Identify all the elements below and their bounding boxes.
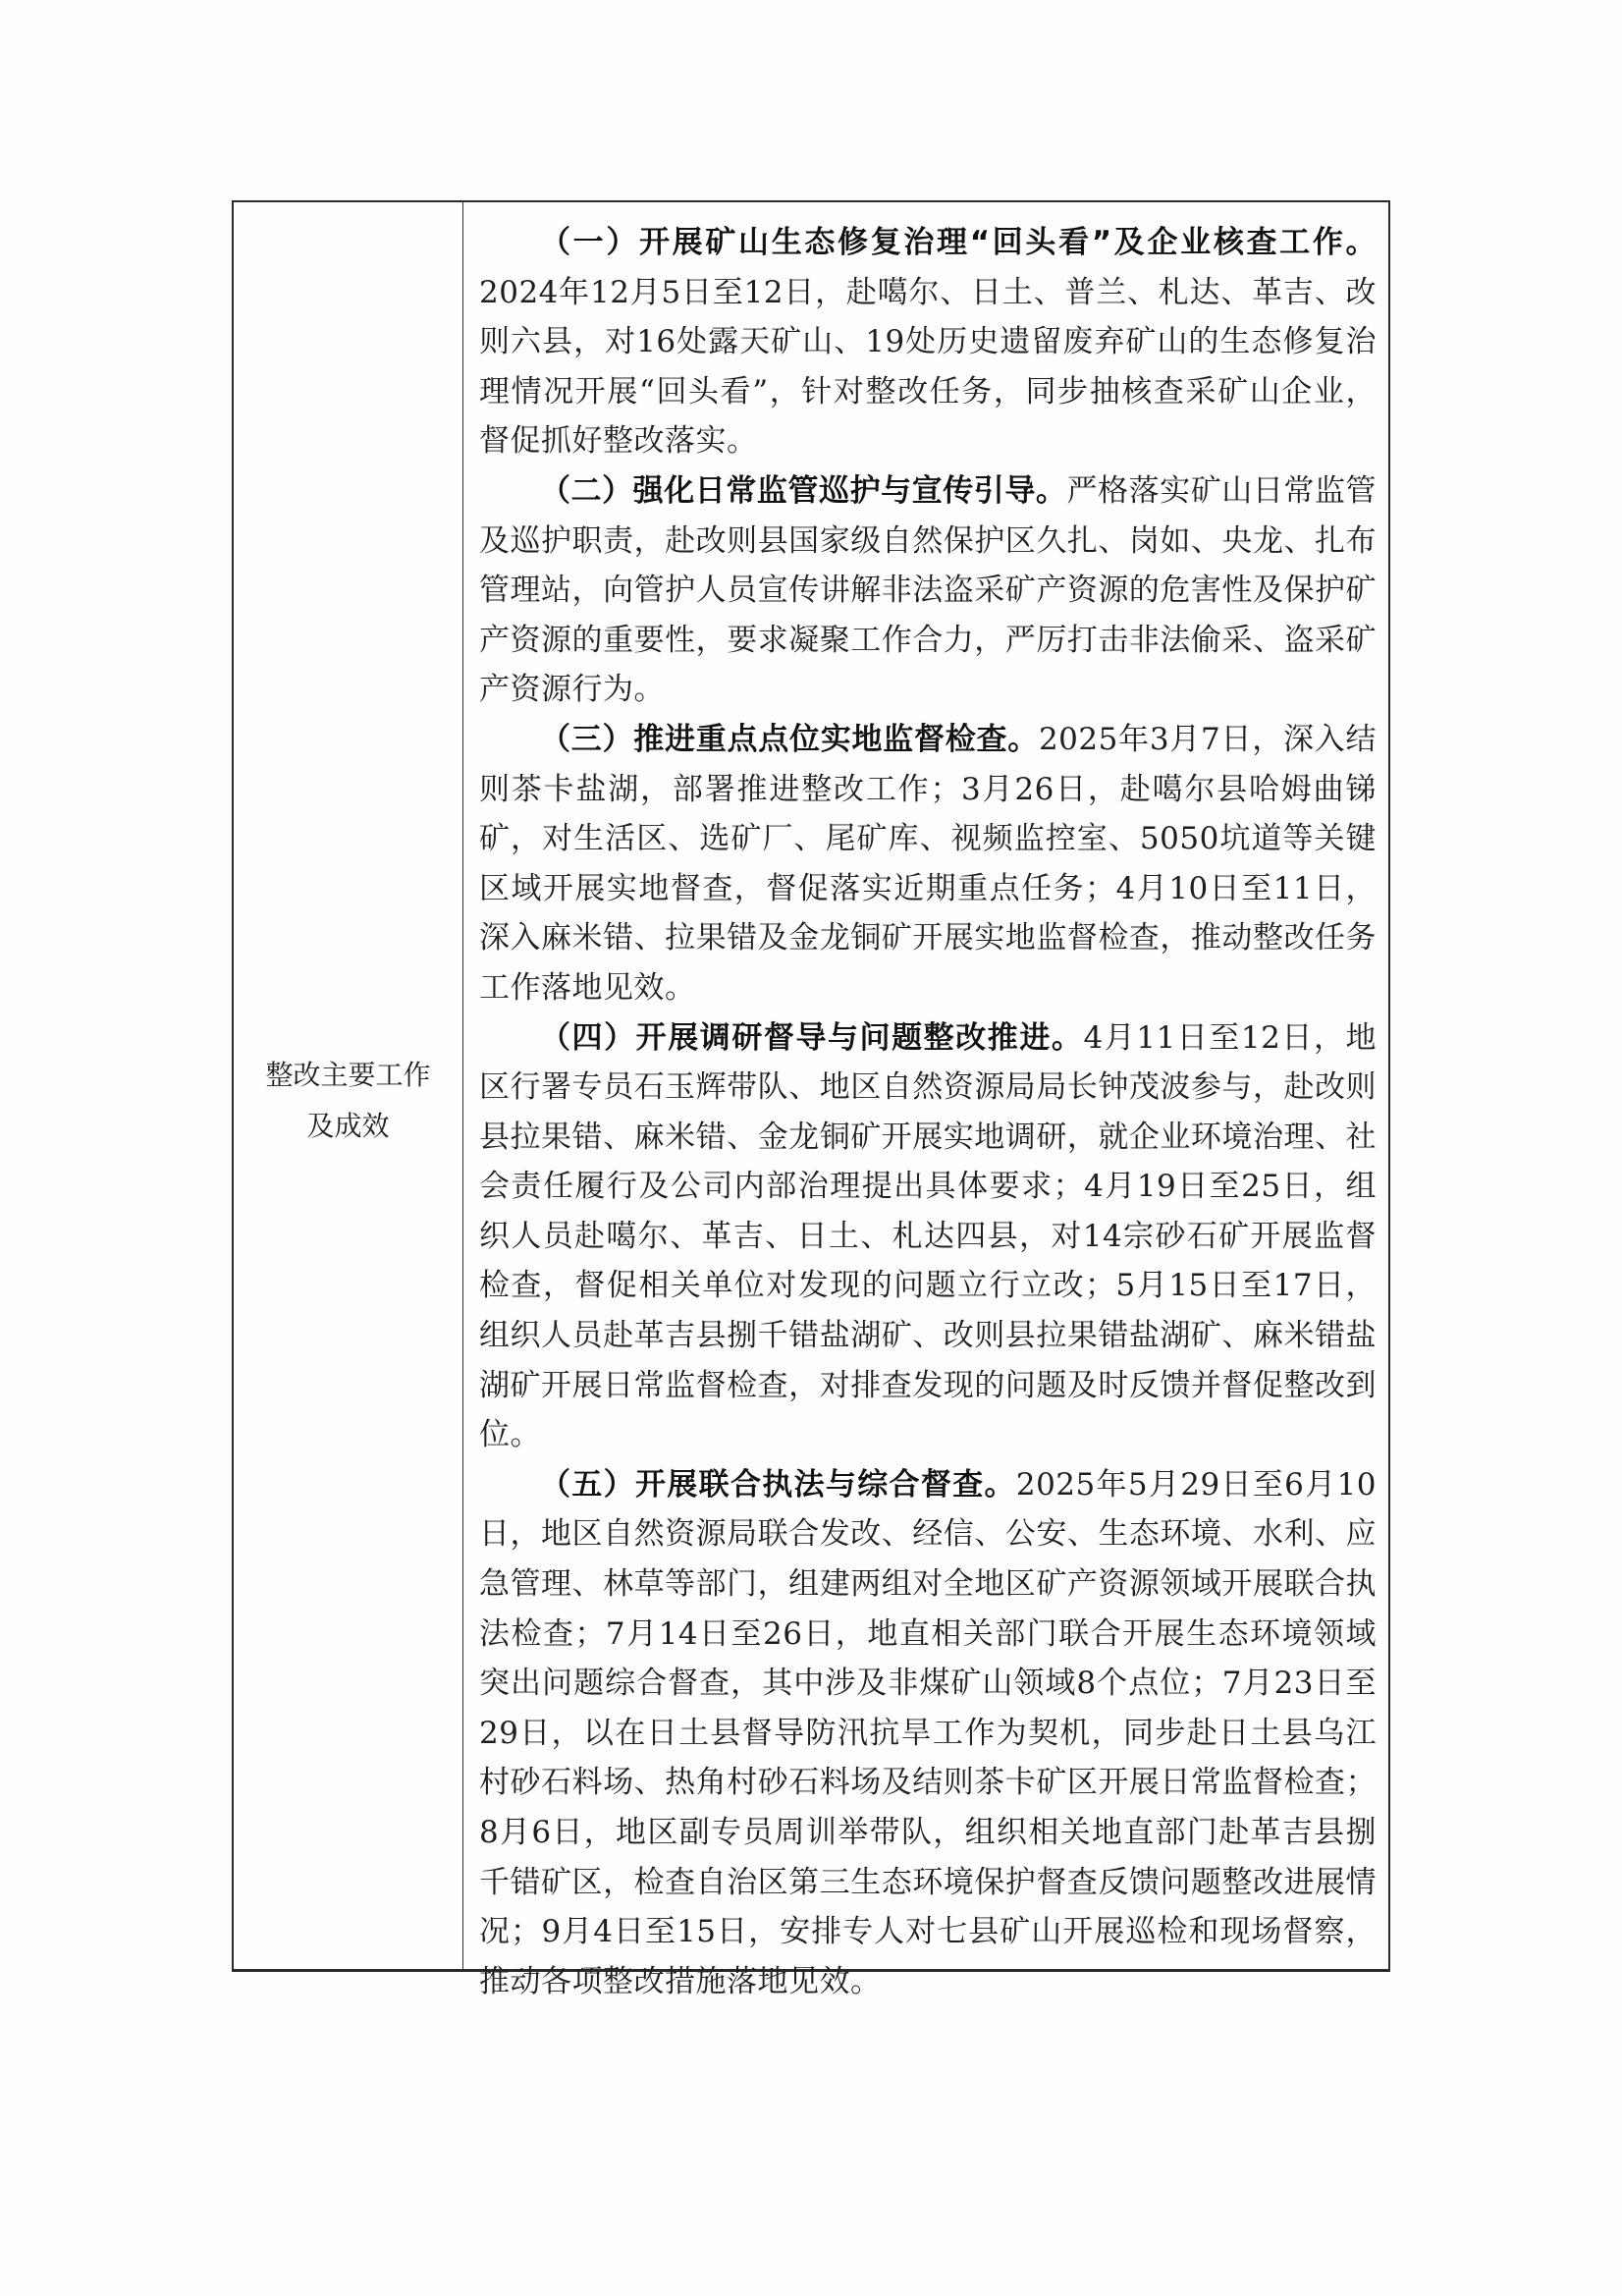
section-3: （三）推进重点点位实地监督检查。2025年3月7日，深入结则茶卡盐湖，部署推进整… [479, 715, 1377, 1013]
section-5: （五）开展联合执法与综合督查。2025年5月29日至6月10日，地区自然资源局联… [479, 1460, 1377, 2007]
section-2: （二）强化日常监管巡护与宣传引导。严格落实矿山日常监管及巡护职责，赴改则县国家级… [479, 466, 1377, 715]
section-4-body: 4月11日至12日，地区行署专员石玉辉带队、地区自然资源局局长钟茂波参与，赴改则… [479, 1020, 1377, 1453]
document-page: 整改主要工作 及成效 （一）开展矿山生态修复治理“回头看”及企业核查工作。202… [0, 0, 1622, 2296]
section-5-body: 2025年5月29日至6月10日，地区自然资源局联合发改、经信、公安、生态环境、… [479, 1467, 1377, 1999]
section-3-heading: （三）推进重点点位实地监督检查。 [540, 722, 1039, 757]
section-2-heading: （二）强化日常监管巡护与宣传引导。 [540, 473, 1066, 509]
section-1-body: 2024年12月5日至12日，赴噶尔、日土、普兰、札达、革吉、改则六县，对16处… [479, 275, 1377, 460]
content-cell: （一）开展矿山生态修复治理“回头看”及企业核查工作。2024年12月5日至12日… [463, 202, 1388, 1969]
row-label-line-2: 及成效 [250, 1101, 447, 1152]
section-5-heading: （五）开展联合执法与综合督查。 [540, 1467, 1016, 1503]
rectification-table: 整改主要工作 及成效 （一）开展矿山生态修复治理“回头看”及企业核查工作。202… [232, 200, 1390, 1972]
row-label-cell: 整改主要工作 及成效 [234, 202, 463, 1969]
row-label: 整改主要工作 及成效 [250, 1050, 447, 1152]
section-4-heading: （四）开展调研督导与问题整改推进。 [540, 1020, 1083, 1056]
row-label-line-1: 整改主要工作 [250, 1050, 447, 1101]
section-1: （一）开展矿山生态修复治理“回头看”及企业核查工作。2024年12月5日至12日… [479, 218, 1377, 466]
section-4: （四）开展调研督导与问题整改推进。4月11日至12日，地区行署专员石玉辉带队、地… [479, 1013, 1377, 1460]
section-3-body: 2025年3月7日，深入结则茶卡盐湖，部署推进整改工作；3月26日，赴噶尔县哈姆… [479, 722, 1377, 1006]
section-1-heading: （一）开展矿山生态修复治理“回头看”及企业核查工作。 [540, 225, 1377, 260]
